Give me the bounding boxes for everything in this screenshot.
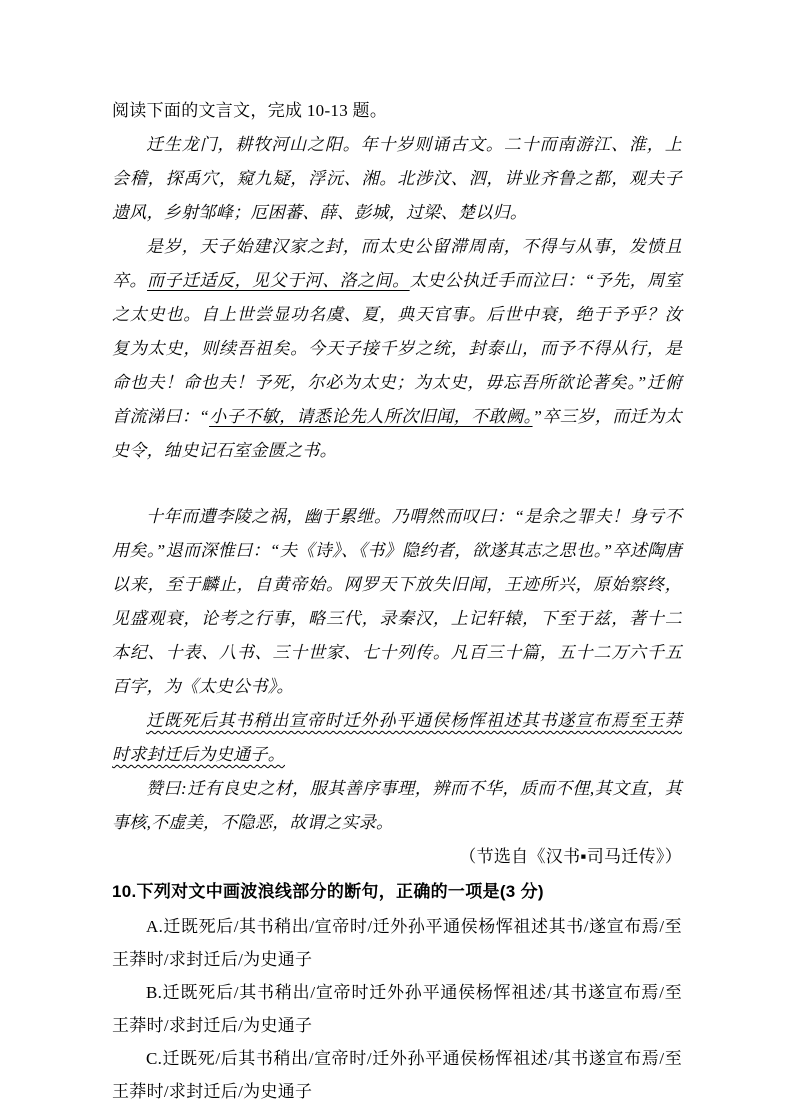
passage-paragraph-3: 十年而遭李陵之祸，幽于累绁。乃喟然而叹曰：“是余之罪夫！身亏不用矣。”退而深惟曰…: [112, 500, 682, 704]
document-content: 阅读下面的文言文，完成 10-13 题。 迁生龙门，耕牧河山之阳。年十岁则诵古文…: [112, 94, 682, 1108]
wavy-underlined-sentence: 迁既死后其书稍出宣帝时迁外孙平通侯杨恽祖述其书遂宣布焉至王莽时求封迁后为史通子。: [112, 711, 682, 764]
question-10-option-b: B.迁既死后/其书稍出/宣帝时迁外孙平通侯杨恽祖述/其书遂宣布焉/至王莽时/求封…: [112, 976, 682, 1042]
passage-intro: 阅读下面的文言文，完成 10-13 题。: [112, 94, 682, 128]
passage-paragraph-2: 是岁，天子始建汉家之封，而太史公留滞周南，不得与从事，发愤且卒。而子迁适反，见父…: [112, 230, 682, 468]
question-10-option-c: C.迁既死/后其书稍出/宣帝时/迁外孙平通侯杨恽祖述/其书遂宣布焉/至王莽时/求…: [112, 1042, 682, 1108]
p2-plain-segment-2: 太史公执迁手而泣曰：“予先，周室之太史也。自上世尝显功名虞、夏，典天官事。后世中…: [112, 271, 682, 426]
passage-paragraph-5-zanyue: 赞曰:迁有良史之材，服其善序事理，辨而不华，质而不俚,其文直，其事核,不虚美，不…: [112, 772, 682, 840]
p2-underlined-segment-2: 小子不敏，请悉论先人所次旧闻，不敢阙。: [209, 407, 532, 426]
question-10-stem: 10.下列对文中画波浪线部分的断句，正确的一项是(3 分): [112, 874, 682, 910]
question-10-option-a: A.迁既死后/其书稍出/宣帝时/迁外孙平通侯杨恽祖述其书/遂宣布焉/至王莽时/求…: [112, 910, 682, 976]
passage-paragraph-1: 迁生龙门，耕牧河山之阳。年十岁则诵古文。二十而南游江、淮，上会稽，探禹穴，窥九疑…: [112, 128, 682, 230]
exam-paper-page: { "document": { "intro": "阅读下面的文言文，完成 10…: [0, 0, 792, 1120]
passage-paragraph-4: 迁既死后其书稍出宣帝时迁外孙平通侯杨恽祖述其书遂宣布焉至王莽时求封迁后为史通子。: [112, 704, 682, 772]
p2-underlined-segment-1: 而子迁适反，见父于河、洛之间。: [147, 271, 410, 290]
passage-source-citation: （节选自《汉书▪司马迁传》）: [112, 840, 682, 874]
